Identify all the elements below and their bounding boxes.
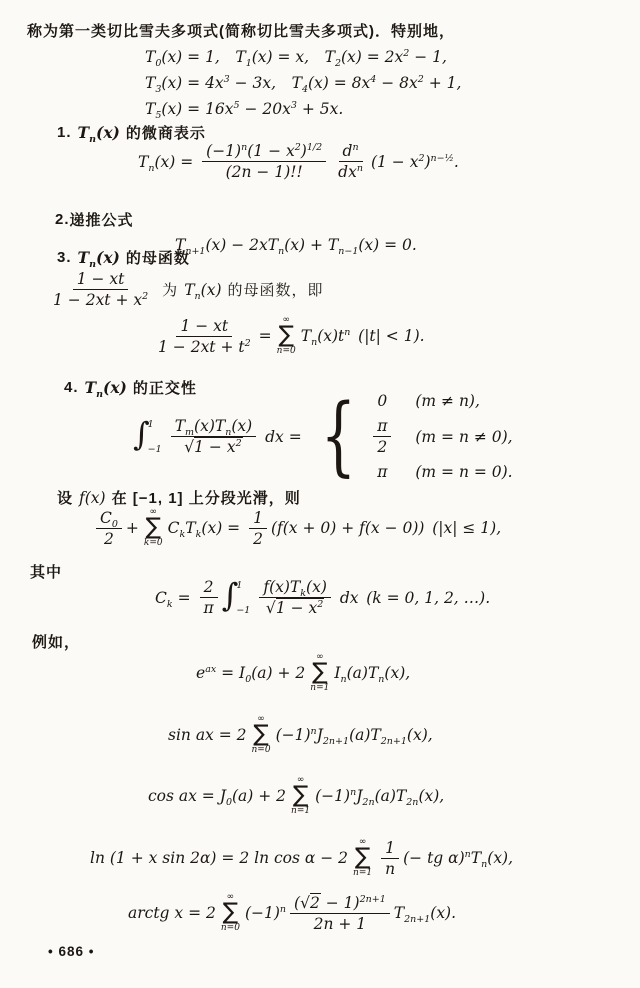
sigma-symbol: ∑: [312, 662, 328, 684]
fraction-numerator: (−1)n(1 − x2)1/2: [202, 142, 326, 162]
fraction-denominator: 2n + 1: [310, 914, 371, 933]
sentence-math: f(x): [79, 489, 106, 507]
sigma-symbol: ∑: [223, 902, 239, 924]
section-2-number: 2.: [55, 211, 70, 228]
formula-rhs: In(a)Tn(x),: [334, 664, 410, 682]
fraction-denominator: 1 − 2xt + x2: [49, 290, 152, 309]
series-formula: C0 2 + ∞ ∑ k=0 CkTk(x) = 1 2 (f(x + 0) +…: [92, 508, 501, 549]
sigma-symbol: ∑: [146, 517, 162, 539]
fraction-numerator: C0: [96, 509, 122, 529]
fraction-denominator: 2: [100, 529, 118, 548]
integral-lower-limit: −1: [148, 444, 162, 455]
where-label: 其中: [30, 561, 62, 582]
formula-body: Tn+1(x) − 2xTn(x) + Tn−1(x) = 0.: [175, 236, 417, 254]
formula-lhs: cos ax = J0(a) + 2: [148, 787, 286, 805]
fraction-numerator: 1 − xt: [73, 270, 129, 290]
formula-rhs: (− tg α)nTn(x),: [403, 849, 513, 867]
sum-lower-limit: n=1: [353, 869, 372, 879]
case-value: π 2: [365, 417, 399, 456]
integral-upper-limit: 1: [236, 580, 250, 591]
summation: ∞ ∑ n=1: [353, 838, 372, 879]
formula-rhs: (1 − x2)n−½.: [371, 153, 459, 171]
fraction-numerator: Tm(x)Tn(x): [171, 417, 257, 437]
formula-rhs: Tn(x)tn (|t| < 1).: [301, 327, 425, 345]
coefficient-formula: Ck = 2 π ∫ 1 −1 f(x)Tk(x) √1 − x2 dx (k …: [155, 578, 490, 617]
summation: ∞ ∑ n=0: [277, 316, 296, 357]
sum-lower-limit: n=0: [221, 924, 240, 934]
example-logarithm: ln (1 + x sin 2α) = 2 ln cos α − 2 ∞ ∑ n…: [90, 838, 513, 879]
polynomial-list: T0(x) = 1, T1(x) = x, T2(x) = 2x2 − 1, T…: [145, 48, 461, 126]
intro-text: 称为第一类切比雪夫多项式(简称切比雪夫多项式)．特别地，: [27, 20, 455, 41]
recurrence-formula: Tn+1(x) − 2xTn(x) + Tn−1(x) = 0.: [175, 236, 417, 254]
scanned-textbook-page: 称为第一类切比雪夫多项式(简称切比雪夫多项式)．特别地， T0(x) = 1, …: [0, 0, 640, 988]
fraction: dn dxn: [334, 142, 367, 181]
where-text: 其中: [30, 561, 62, 582]
fraction-numerator: 1: [381, 839, 399, 859]
formula-rhs: dx (k = 0, 1, 2, …).: [335, 589, 490, 607]
cases-brace: {: [320, 396, 356, 478]
case-condition: (m ≠ n),: [415, 392, 480, 410]
equals-sign: =: [259, 327, 272, 345]
fraction: 1 − xt 1 − 2xt + x2: [49, 270, 152, 309]
formula-lhs: Ck =: [155, 589, 195, 607]
fraction: (√2 − 1)2n+1 2n + 1: [290, 894, 390, 933]
summation: ∞ ∑ n=1: [291, 776, 310, 817]
formula-mid: dx =: [260, 428, 306, 446]
sentence-text: 设: [57, 487, 73, 508]
sum-lower-limit: n=0: [277, 347, 296, 357]
piecewise-sentence: 设 f(x) 在 [−1, 1] 上分段光滑，则: [57, 487, 301, 508]
section-3-heading: 3. Tn(x) 的母函数: [57, 247, 190, 268]
section-3-title: 的母函数: [126, 247, 190, 268]
sentence-text: 为: [162, 279, 178, 300]
fraction: 1 n: [381, 839, 399, 878]
polynomial-line-1: T0(x) = 1, T1(x) = x, T2(x) = 2x2 − 1,: [145, 48, 461, 66]
summation: ∞ ∑ n=1: [310, 653, 329, 694]
formula-rhs: T2n+1(x).: [394, 904, 456, 922]
example-sine: sin ax = 2 ∞ ∑ n=0 (−1)nJ2n+1(a)T2n+1(x)…: [168, 715, 433, 756]
formula-rhs: (−1)nJ2n(a)T2n(x),: [315, 787, 444, 805]
fraction: f(x)Tk(x) √1 − x2: [259, 578, 331, 617]
section-1-number: 1.: [57, 124, 72, 141]
fraction-numerator: 1 − xt: [176, 317, 232, 337]
formula-mid: (−1)n: [245, 904, 286, 922]
sigma-symbol: ∑: [253, 724, 269, 746]
fraction-numerator: dn: [339, 142, 363, 162]
fraction: 2 π: [199, 578, 217, 617]
fraction: 1 − xt 1 − 2xt + t2: [154, 317, 255, 356]
summation: ∞ ∑ n=0: [252, 715, 271, 756]
section-2-heading: 2. 递推公式: [55, 209, 134, 230]
fraction: Tm(x)Tn(x) √1 − x2: [171, 417, 257, 456]
fraction-denominator: √1 − x2: [262, 598, 328, 617]
section-4-number: 4.: [64, 379, 79, 396]
page-number: • 686 •: [48, 944, 94, 959]
orthogonality-formula: ∫ 1 −1 Tm(x)Tn(x) √1 − x2 dx = { 0 (m ≠ …: [133, 392, 513, 481]
example-exponential: eax = I0(a) + 2 ∞ ∑ n=1 In(a)Tn(x),: [196, 653, 410, 694]
case-condition: (m = n = 0).: [415, 463, 512, 481]
formula-lhs: eax = I0(a) + 2: [196, 664, 305, 682]
fraction-numerator: π: [373, 417, 391, 437]
section-3-math: Tn(x): [78, 248, 120, 267]
fraction-denominator: √1 − x2: [180, 437, 246, 456]
fraction-denominator: 2: [373, 437, 391, 456]
case-value: 0: [365, 392, 399, 410]
sigma-symbol: ∑: [355, 847, 371, 869]
section-1-math: Tn(x): [78, 123, 120, 142]
polynomial-line-3: T5(x) = 16x5 − 20x3 + 5x.: [145, 100, 461, 118]
formula-lhs: sin ax = 2: [168, 726, 247, 744]
integral-upper-limit: 1: [148, 419, 162, 430]
fraction-numerator: 1: [249, 509, 267, 529]
section-3-number: 3.: [57, 249, 72, 266]
plus-sign: +: [126, 519, 139, 537]
sum-lower-limit: n=0: [252, 746, 271, 756]
example-arctangent: arctg x = 2 ∞ ∑ n=0 (−1)n (√2 − 1)2n+1 2…: [128, 893, 456, 934]
section-2-title: 递推公式: [70, 209, 134, 230]
sum-lower-limit: k=0: [144, 539, 163, 549]
sentence-math: Tn(x): [184, 281, 221, 299]
fraction-numerator: f(x)Tk(x): [259, 578, 331, 598]
sum-lower-limit: n=1: [310, 684, 329, 694]
fraction: π 2: [373, 417, 391, 456]
intro-line: 称为第一类切比雪夫多项式(简称切比雪夫多项式)．特别地，: [27, 20, 455, 41]
case-row: 0 (m ≠ n),: [365, 392, 512, 410]
sigma-symbol: ∑: [293, 785, 309, 807]
integral-lower-limit: −1: [236, 605, 250, 616]
section-4-math: Tn(x): [85, 378, 127, 397]
integral: ∫ 1 −1: [133, 418, 165, 456]
sigma-symbol: ∑: [278, 325, 294, 347]
formula-mid: CkTk(x) =: [168, 519, 245, 537]
fraction-denominator: 2: [249, 529, 267, 548]
fraction-denominator: n: [381, 859, 399, 878]
example-cosine: cos ax = J0(a) + 2 ∞ ∑ n=1 (−1)nJ2n(a)T2…: [148, 776, 444, 817]
summation: ∞ ∑ k=0: [144, 508, 163, 549]
fraction-numerator: (√2 − 1)2n+1: [290, 894, 390, 914]
section-1-heading: 1. Tn(x) 的微商表示: [57, 122, 206, 143]
sentence-text: 的母函数，即: [228, 279, 324, 300]
cases-block: 0 (m ≠ n), π 2 (m = n ≠ 0), π (m = n = 0…: [365, 392, 512, 481]
polynomial-line-2: T3(x) = 4x3 − 3x, T4(x) = 8x4 − 8x2 + 1,: [145, 74, 461, 92]
page-number-text: • 686 •: [48, 944, 94, 959]
formula-lhs: arctg x = 2: [128, 904, 216, 922]
case-value: π: [365, 463, 399, 481]
derivative-formula: Tn(x) = (−1)n(1 − x2)1/2 (2n − 1)!! dn d…: [138, 142, 459, 181]
summation: ∞ ∑ n=0: [221, 893, 240, 934]
case-condition: (m = n ≠ 0),: [415, 428, 512, 446]
example-text: 例如，: [32, 631, 80, 652]
section-1-title: 的微商表示: [126, 122, 206, 143]
sum-lower-limit: n=1: [291, 807, 310, 817]
integral-limits: 1 −1: [236, 579, 250, 617]
genfunc-sentence: 1 − xt 1 − 2xt + x2 为 Tn(x) 的母函数，即: [45, 270, 324, 309]
case-row: π 2 (m = n ≠ 0),: [365, 417, 512, 456]
fraction: C0 2: [96, 509, 122, 548]
fraction-denominator: 1 − 2xt + t2: [154, 337, 255, 356]
fraction-denominator: dxn: [334, 162, 367, 181]
fraction-denominator: (2n − 1)!!: [222, 162, 307, 181]
fraction-denominator: π: [199, 598, 217, 617]
formula-rhs: (−1)nJ2n+1(a)T2n+1(x),: [276, 726, 433, 744]
example-label: 例如，: [32, 631, 80, 652]
fraction-numerator: 2: [200, 578, 218, 598]
formula-lhs: ln (1 + x sin 2α) = 2 ln cos α − 2: [90, 849, 348, 867]
fraction: 1 2: [249, 509, 267, 548]
integral-limits: 1 −1: [148, 418, 162, 456]
formula-rhs: (f(x + 0) + f(x − 0)) (|x| ≤ 1),: [271, 519, 501, 537]
fraction: (−1)n(1 − x2)1/2 (2n − 1)!!: [202, 142, 326, 181]
integral: ∫ 1 −1: [222, 579, 254, 617]
sentence-text: 在 [−1, 1] 上分段光滑，则: [112, 487, 301, 508]
formula-lhs: Tn(x) =: [138, 153, 198, 171]
case-row: π (m = n = 0).: [365, 463, 512, 481]
genfunc-formula: 1 − xt 1 − 2xt + t2 = ∞ ∑ n=0 Tn(x)tn (|…: [150, 316, 425, 357]
